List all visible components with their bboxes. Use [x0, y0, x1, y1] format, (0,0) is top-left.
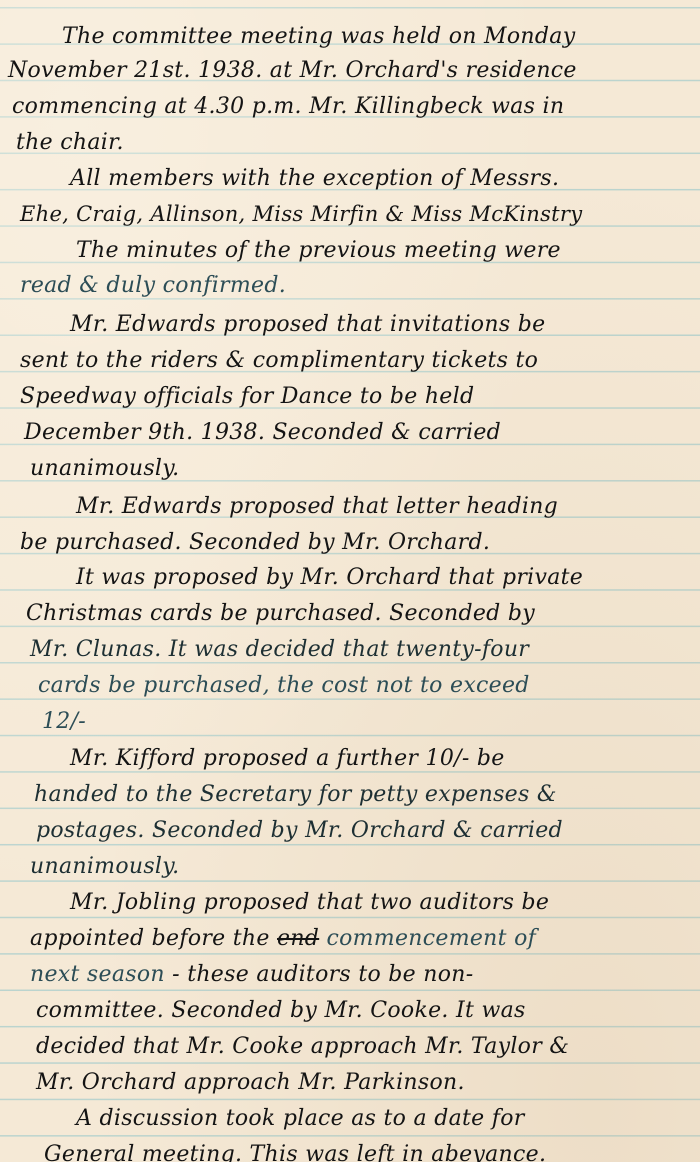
handwritten-line: The committee meeting was held on Monday: [62, 24, 575, 50]
handwritten-line: unanimously.: [30, 854, 179, 880]
handwritten-line: appointed before the end commencement of: [30, 926, 536, 952]
handwritten-line: It was proposed by Mr. Orchard that priv…: [76, 565, 583, 591]
handwritten-line: unanimously.: [30, 456, 179, 482]
handwritten-line: Mr. Edwards proposed that invitations be: [70, 312, 545, 338]
handwritten-line: Christmas cards be purchased. Seconded b…: [26, 601, 535, 627]
handwritten-line: cards be purchased, the cost not to exce…: [38, 673, 530, 699]
handwritten-line: postages. Seconded by Mr. Orchard & carr…: [36, 818, 563, 844]
handwritten-line: decided that Mr. Cooke approach Mr. Tayl…: [36, 1034, 569, 1060]
line-segment: appointed before the: [30, 926, 270, 951]
handwritten-line: Mr. Edwards proposed that letter heading: [76, 494, 558, 520]
handwritten-line: December 9th. 1938. Seconded & carried: [24, 420, 501, 446]
line-segment-blue: next season: [30, 962, 165, 987]
handwritten-line: commencing at 4.30 p.m. Mr. Killingbeck …: [12, 94, 564, 120]
line-segment-correction: commencement of: [326, 926, 536, 951]
handwritten-line: Ehe, Craig, Allinson, Miss Mirfin & Miss…: [20, 201, 582, 227]
handwritten-line: be purchased. Seconded by Mr. Orchard.: [20, 530, 490, 556]
handwritten-line: next season - these auditors to be non-: [30, 962, 474, 988]
handwritten-line: handed to the Secretary for petty expens…: [34, 782, 557, 808]
handwritten-line: Mr. Clunas. It was decided that twenty-f…: [30, 637, 529, 663]
handwritten-line-partial: General meeting. This was left in abeyan…: [44, 1142, 546, 1162]
handwritten-line: Speedway officials for Dance to be held: [20, 384, 474, 410]
handwritten-line: committee. Seconded by Mr. Cooke. It was: [36, 998, 526, 1024]
line-segment: - these auditors to be non-: [172, 962, 473, 987]
handwritten-line: Mr. Kifford proposed a further 10/- be: [70, 746, 505, 772]
handwritten-line: All members with the exception of Messrs…: [70, 166, 559, 192]
handwritten-line: the chair.: [16, 130, 124, 156]
handwritten-line: Mr. Orchard approach Mr. Parkinson.: [36, 1070, 465, 1096]
ruled-notebook-page: The committee meeting was held on Monday…: [0, 0, 700, 1162]
handwritten-line: read & duly confirmed.: [20, 273, 286, 299]
handwritten-line: November 21st. 1938. at Mr. Orchard's re…: [8, 58, 577, 84]
handwritten-line: Mr. Jobling proposed that two auditors b…: [70, 890, 549, 916]
handwritten-line: 12/-: [42, 709, 86, 735]
handwritten-line: A discussion took place as to a date for: [76, 1106, 525, 1132]
handwritten-line: The minutes of the previous meeting were: [76, 238, 561, 264]
struck-out-word: end: [277, 926, 319, 951]
handwritten-line: sent to the riders & complimentary ticke…: [20, 348, 538, 374]
